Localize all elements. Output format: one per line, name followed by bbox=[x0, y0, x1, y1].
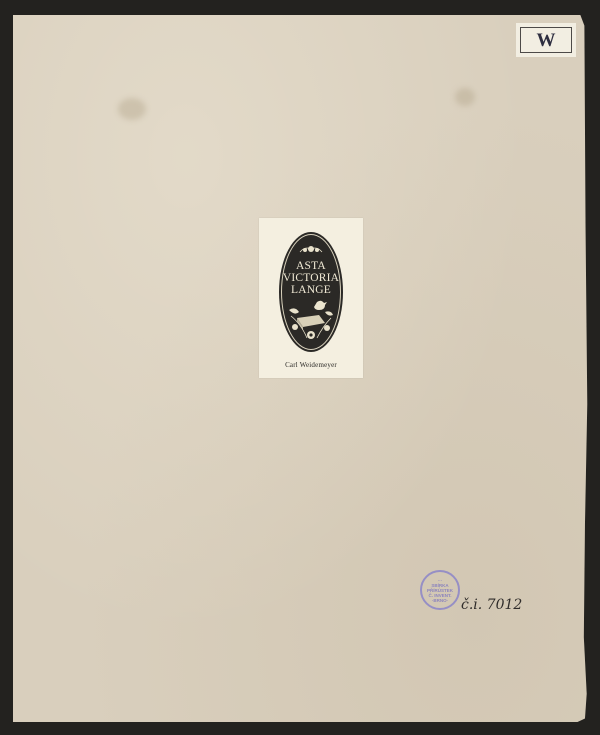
owner-name: ASTA VICTORIA LANGE bbox=[279, 260, 343, 296]
inventory-number: č.i. 7012 bbox=[461, 597, 522, 613]
owner-name-line: ASTA bbox=[279, 260, 343, 272]
bookplate-artist: Carl Weidemeyer bbox=[259, 361, 363, 369]
paper-stain bbox=[118, 98, 146, 120]
owner-name-line: LANGE bbox=[279, 284, 343, 296]
bookplate-oval: ASTA VICTORIA LANGE bbox=[279, 232, 343, 352]
owner-name-line: VICTORIA bbox=[279, 272, 343, 284]
stamp-line: ·BRNO· bbox=[432, 598, 448, 603]
shelf-label-letter: W bbox=[537, 31, 556, 50]
flower-ornament-icon bbox=[299, 243, 323, 255]
bird-book-vignette-icon bbox=[287, 298, 335, 342]
shelf-label: W bbox=[516, 23, 576, 57]
shelf-label-frame: W bbox=[520, 27, 572, 53]
bookplate: ASTA VICTORIA LANGE Carl Weidemeyer bbox=[259, 218, 363, 378]
paper-stain bbox=[455, 88, 475, 106]
library-stamp: ··· SBÍRKA PŘÍRŮSTEK Č. INVENT. ·BRNO· bbox=[420, 570, 460, 610]
